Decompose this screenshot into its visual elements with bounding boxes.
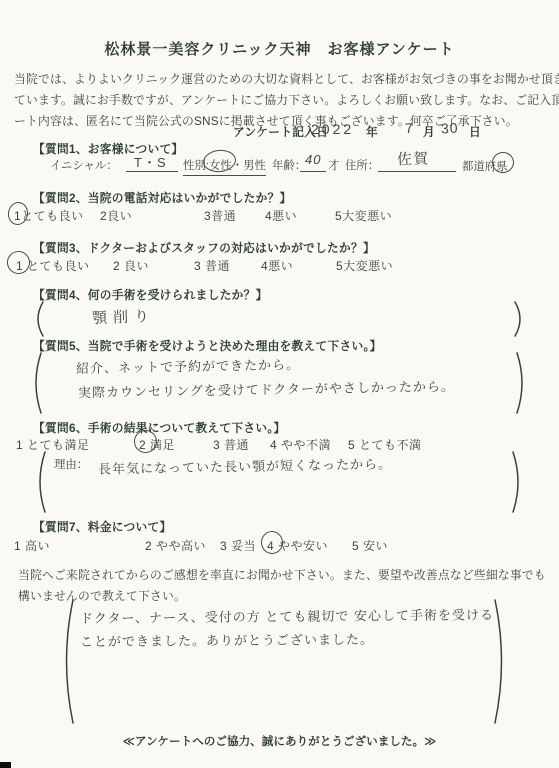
q5-header: 【質問5、当院で手術を受けようと決めた理由を教えて下さい。】	[33, 338, 382, 354]
q2-option-4: 4悪い	[265, 207, 297, 224]
q6-option-3: 3 普通	[213, 436, 249, 453]
q2-option-2: 2良い	[100, 207, 132, 224]
date-day-value: 30	[441, 120, 459, 137]
q2-option-3: 3普通	[204, 207, 236, 224]
age-underline	[300, 171, 326, 172]
survey-sheet: 松林景一美容クリニック天神 お客様アンケート 当院では、よりよいクリニック運営の…	[0, 0, 559, 768]
date-year-unit: 年	[366, 124, 378, 140]
feedback-prompt-line-2: 構いませんので教えて下さい。	[18, 587, 186, 604]
intro-line-1: 当院では、よりよいクリニック運営のための大切な資料として、お客様がお気づきの事を…	[14, 70, 559, 87]
q6-header: 【質問6、手術の結果について教えて下さい。】	[33, 420, 285, 436]
q4-answer-value: 顎削り	[92, 305, 156, 328]
footer-thanks: ≪アンケートへのご協力、誠にありがとうございました。≫	[0, 733, 559, 749]
q7-header: 【質問7、料金について】	[33, 519, 171, 535]
q4-answer-bracket-left	[30, 300, 46, 338]
q3-option-2: 2 良い	[113, 257, 149, 274]
date-year-value: 2022	[311, 121, 354, 137]
q1-gender-option-male: ・男性	[232, 160, 266, 172]
q6-option-5: 5 とても不満	[348, 436, 422, 453]
q6-option-4: 4 やや不満	[270, 436, 331, 453]
feedback-comment-line-1: ドクター、ナース、受付の方 とても親切で 安心して手術を受ける	[80, 604, 494, 627]
feedback-bracket-right	[492, 598, 512, 725]
q5-answer-line-1: 紹介、ネットで予約ができたから。	[76, 354, 300, 377]
feedback-bracket-left	[56, 598, 76, 725]
q6-reason-bracket-left	[32, 450, 48, 514]
q1-address-label: 住所：	[345, 157, 379, 173]
date-day-unit: 日	[469, 124, 481, 140]
page-title: 松林景一美容クリニック天神 お客様アンケート	[0, 38, 559, 59]
initial-underline	[126, 171, 178, 172]
q6-reason-label: 理由：	[54, 456, 88, 472]
date-month-unit: 月	[423, 124, 435, 140]
q6-reason-value: 長年気になっていた長い顎が短くなったから。	[98, 453, 392, 477]
feedback-comment-line-2: ことができました。ありがとうございました。	[80, 629, 374, 651]
q6-option-1: 1 とても満足	[16, 436, 90, 453]
feedback-prompt-line-1: 当院へご来院されてからのご感想を率直にお聞かせ下さい。また、要望や改善点など些細…	[18, 566, 546, 583]
intro-line-2: ています。誠にお手数ですが、アンケートにご協力下さい。よろしくお願い致します。な…	[14, 91, 559, 108]
date-month-value: 7	[404, 120, 414, 137]
q4-header: 【質問4、何の手術を受けられましたか？】	[33, 287, 268, 303]
q1-age-unit: 才	[328, 157, 339, 173]
q4-answer-bracket-right	[512, 300, 528, 338]
q7-option-5: 5 安い	[352, 537, 388, 554]
q3-header: 【質問3、ドクターおよびスタッフの対応はいかがでしたか？】	[33, 240, 375, 256]
q2-option-5: 5大変悪い	[335, 207, 392, 224]
q7-option-1: 1 高い	[14, 537, 50, 554]
q1-address-value: 佐賀	[397, 147, 430, 169]
q7-option-2: 2 やや高い	[145, 537, 206, 554]
scan-artifact-mark	[0, 762, 11, 768]
q3-option-5: 5大変悪い	[336, 257, 393, 274]
q6-reason-bracket-right	[510, 450, 526, 514]
q5-answer-bracket-left	[28, 351, 44, 415]
q5-answer-bracket-right	[514, 351, 530, 415]
q1-initial-label: イニシャル：	[50, 157, 118, 173]
address-underline	[378, 171, 456, 172]
q2-header: 【質問2、当院の電話対応はいかがでしたか？】	[33, 190, 292, 206]
q3-option-4: 4悪い	[261, 257, 293, 274]
q1-age-value: 40	[305, 152, 321, 167]
q5-answer-line-2: 実際カウンセリングを受けてドクターがやさしかったから。	[78, 376, 455, 402]
q1-initial-value: T・S	[134, 152, 167, 171]
q3-option-3: 3 普通	[194, 257, 230, 274]
q7-option-3: 3 妥当	[220, 537, 256, 554]
